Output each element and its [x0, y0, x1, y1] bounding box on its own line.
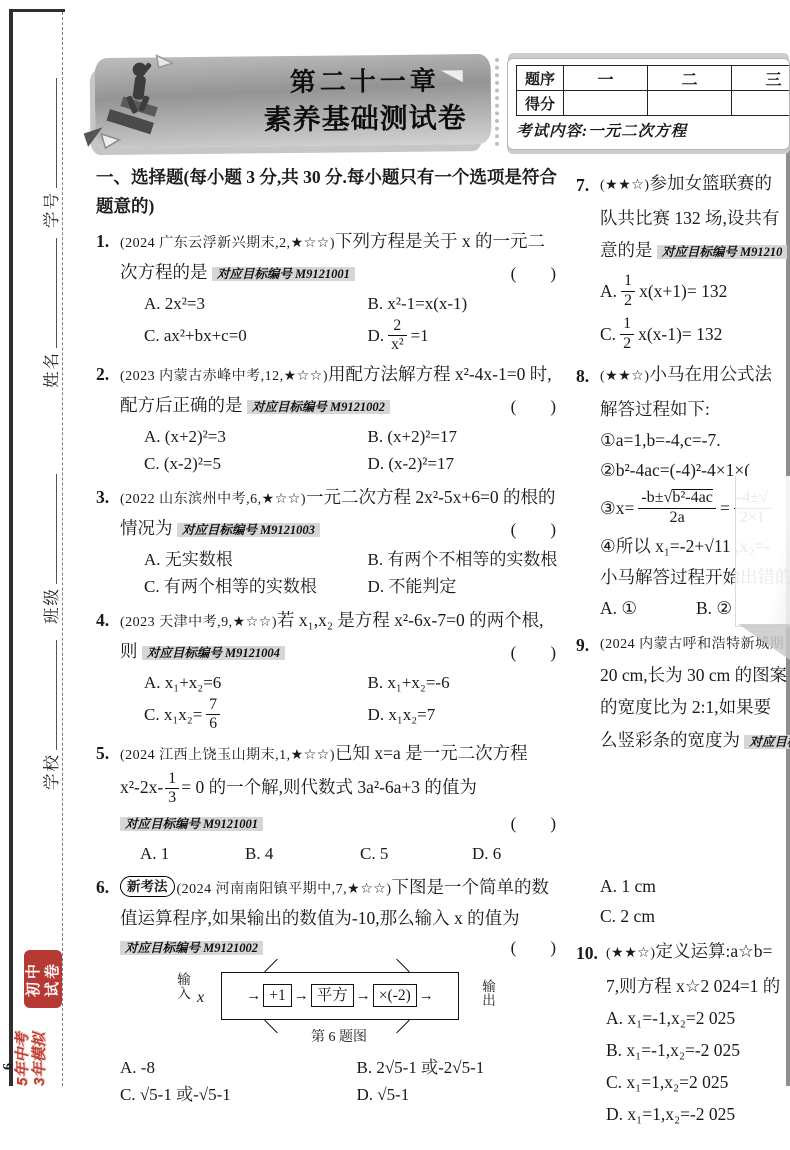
- runner-on-stairs-icon: [98, 53, 185, 155]
- blank-line: [43, 238, 57, 348]
- question-2-options: A. (x+2)²=3 B. (x+2)²=17 C. (x-2)²=5 D. …: [120, 423, 558, 477]
- question-7-option-c: C. 12 x(x-1)= 132: [600, 314, 790, 354]
- page-top-edge: [9, 9, 65, 12]
- option-b: B. 4: [245, 840, 360, 867]
- question-2-source: (2023 内蒙古赤峰中考,12,★☆☆): [120, 369, 328, 384]
- question-2-stem: (2023 内蒙古赤峰中考,12,★☆☆)用配方法解方程 x²-4x-1=0 时…: [120, 360, 558, 421]
- page-left-edge: [9, 9, 13, 1086]
- question-3-source: (2022 山东滨州中考,6,★☆☆): [120, 492, 306, 507]
- question-5-options: A. 1 B. 4 C. 5 D. 6: [120, 840, 558, 867]
- question-9: 9. (2024 内蒙古呼和浩特新城期 20 cm,长为 30 cm 的图案 的…: [576, 627, 790, 931]
- score-col-3: 三: [732, 66, 790, 91]
- option-b: B. x₁=-1,x₂=-2 025: [606, 1034, 790, 1066]
- question-7-line3: 意的是 对应目标编号 M91210: [600, 234, 790, 268]
- flow-box-plus1: +1: [263, 984, 292, 1007]
- target-code-tag: 对应目标编号 M91210: [657, 245, 788, 259]
- option-c-label: C. x₁x₂=: [144, 701, 202, 728]
- question-5-number: 5.: [96, 739, 109, 767]
- option-a-rest: x(x+1)= 132: [639, 271, 727, 311]
- q7-l1: 参加女篮联赛的: [649, 173, 772, 193]
- option-c-label: C.: [600, 314, 616, 354]
- answer-blank: ( ): [511, 810, 556, 838]
- question-8-source: (★★☆): [600, 369, 649, 384]
- score-table: 题序 一 二 三 得分: [516, 65, 790, 116]
- option-d-label: D.: [368, 322, 385, 349]
- question-5-text2: = 0 的一个解,则代数式 3a²-6a+3 的值为: [181, 777, 477, 797]
- question-2-number: 2.: [96, 360, 109, 388]
- section-header: 一、选择题(每小题 3 分,共 30 分.每小题只有一个选项是符合题意的): [96, 163, 558, 221]
- question-10-source: (★★☆): [606, 946, 655, 961]
- flow-x-variable: x: [197, 984, 204, 1012]
- field-school: 学校: [38, 622, 60, 790]
- arrow-icon: →: [294, 982, 309, 1010]
- flow-output-label: 输出: [475, 980, 503, 1008]
- blank-line: [43, 78, 57, 188]
- blank-line: [43, 640, 57, 750]
- paper-plane-icon: [441, 70, 463, 82]
- q8-step3-prefix: ③x=: [600, 488, 634, 528]
- flow-box-square: 平方: [311, 984, 354, 1007]
- option-d: D. √5-1: [357, 1081, 558, 1086]
- blank-line: [43, 474, 57, 584]
- q10-l1: 定义运算:a☆b=: [655, 941, 772, 961]
- question-6-number: 6.: [96, 873, 109, 901]
- option-b: B. 有两个不相等的实数根: [368, 546, 558, 573]
- question-4-number: 4.: [96, 606, 109, 634]
- score-cell-1: [564, 91, 648, 116]
- question-4-options: A. x₁+x₂=6 B. x₁+x₂=-6 C. x₁x₂= 76 D. x₁…: [120, 669, 558, 733]
- question-7-number: 7.: [576, 169, 589, 201]
- ticket-perforation: [495, 58, 499, 146]
- flow-input-text: 输入: [177, 973, 192, 1001]
- target-code-tag: 对应目标编号 M9121002: [247, 400, 390, 414]
- arrow-icon: →: [419, 982, 434, 1010]
- flow-diagram: → +1 → 平方 → ×(-2) → 输入 x 输出: [169, 972, 509, 1020]
- question-9-figure-area: [600, 759, 790, 871]
- option-d: D. x₁x₂=7: [368, 696, 558, 733]
- question-4-stem: (2023 天津中考,9,★☆☆)若 x₁,x₂ 是方程 x²-6x-7=0 的…: [120, 606, 558, 667]
- question-7-line1: (★★☆)参加女篮联赛的: [600, 167, 790, 202]
- question-8-line1: (★★☆)小马在用公式法: [600, 358, 790, 393]
- option-b: B. (x+2)²=17: [368, 423, 558, 450]
- field-class-label: 班级: [42, 587, 61, 624]
- option-c-rest: x(x-1)= 132: [638, 314, 722, 354]
- option-a: A. 1: [140, 840, 245, 867]
- answer-blank: ( ): [511, 260, 556, 288]
- option-c: C. 5: [360, 840, 472, 867]
- question-3: 3. (2022 山东滨州中考,6,★☆☆)一元二次方程 2x²-5x+6=0 …: [96, 483, 558, 600]
- page-number: 6: [1, 1056, 17, 1070]
- flow-box-times-neg2: ×(-2): [373, 984, 417, 1007]
- option-a: A. -8: [120, 1054, 357, 1081]
- field-name: 姓名: [38, 220, 60, 388]
- score-col-2: 二: [648, 66, 732, 91]
- answer-blank: ( ): [511, 393, 556, 421]
- equals-sign: =: [720, 488, 730, 528]
- question-3-stem: (2022 山东滨州中考,6,★☆☆)一元二次方程 2x²-5x+6=0 的根的…: [120, 483, 558, 544]
- question-6-options: A. -8 B. 2√5-1 或-2√5-1 C. √5-1 或-√5-1 D.…: [120, 1054, 558, 1086]
- question-10-line1: (★★☆)定义运算:a☆b=: [606, 935, 790, 970]
- target-code-tag: 对应目标编号 M9121001: [212, 267, 355, 281]
- new-method-pill: 新考法: [120, 876, 175, 897]
- question-7: 7. (★★☆)参加女篮联赛的 队共比赛 132 场,设共有 意的是 对应目标编…: [576, 167, 790, 354]
- question-8-step1: ①a=1,b=-4,c=-7.: [600, 425, 790, 455]
- option-c: C. x₁=1,x₂=2 025: [606, 1066, 790, 1086]
- field-student-id: 学号: [38, 60, 60, 228]
- fraction: 13: [165, 770, 179, 808]
- arrow-icon: →: [356, 982, 371, 1010]
- option-c: C. x₁x₂= 76: [144, 696, 368, 733]
- question-3-number: 3.: [96, 483, 109, 511]
- question-1-number: 1.: [96, 227, 109, 255]
- answer-blank: ( ): [511, 639, 556, 667]
- q7-l3: 意的是: [600, 240, 653, 260]
- score-table-row2-label: 得分: [517, 91, 564, 116]
- option-d: D. 不能判定: [368, 573, 558, 600]
- title-ribbon: 第二十一章 素养基础测试卷: [95, 54, 492, 148]
- question-5-stem: (2024 江西上饶玉山期末,1,★☆☆)已知 x=a 是一元二次方程 x²-2…: [120, 739, 558, 838]
- question-10-line2: 7,则方程 x☆2 024=1 的: [606, 970, 790, 1002]
- score-stub: 题序 一 二 三 得分 考试内容:一元二次方程: [507, 58, 790, 150]
- question-9-line4: 么竖彩条的宽度为 对应目标编: [600, 724, 790, 759]
- logo-line2: 3年模拟: [31, 976, 48, 1086]
- question-6-source: (2024 河南南阳镇平期中,7,★☆☆): [177, 882, 392, 897]
- score-cell-2: [648, 91, 732, 116]
- question-6: 6. 新考法(2024 河南南阳镇平期中,7,★☆☆)下图是一个简单的数值运算程…: [96, 873, 558, 1086]
- left-column: 一、选择题(每小题 3 分,共 30 分.每小题只有一个选项是符合题意的) 1.…: [96, 163, 558, 1086]
- target-code-tag: 对应目标编号 M9121003: [177, 523, 320, 537]
- flow-output-text: 输出: [482, 980, 497, 1008]
- option-a: A. 1 cm: [600, 871, 790, 901]
- answer-blank: ( ): [511, 516, 556, 544]
- q8-l1: 小马在用公式法: [649, 364, 772, 384]
- fraction: 12: [621, 272, 635, 310]
- score-cell-3: [732, 91, 790, 116]
- option-a: A. (x+2)²=3: [144, 423, 368, 450]
- answer-blank: ( ): [511, 934, 556, 962]
- flow-rect: → +1 → 平方 → ×(-2) →: [221, 972, 459, 1020]
- flow-input-label: 输入: [169, 973, 199, 1001]
- option-d: D. 6: [472, 840, 558, 867]
- margin-dashed-line: [62, 12, 63, 1086]
- q8-num1-pre: -b±√: [641, 489, 672, 506]
- option-b: B. x₁+x₂=-6: [368, 669, 558, 696]
- option-a: A. 无实数根: [144, 546, 368, 573]
- option-c: C. √5-1 或-√5-1: [120, 1081, 357, 1086]
- page-fold-curl: [738, 624, 790, 660]
- question-8-line2: 解答过程如下:: [600, 393, 790, 425]
- option-a: A. x₁+x₂=6: [144, 669, 368, 696]
- field-class: 班级: [38, 456, 60, 624]
- question-2: 2. (2023 内蒙古赤峰中考,12,★☆☆)用配方法解方程 x²-4x-1=…: [96, 360, 558, 477]
- fraction: -b±√b²-4ac2a: [638, 489, 716, 527]
- option-c: C. (x-2)²=5: [144, 450, 368, 477]
- option-a: A. x₁=-1,x₂=2 025: [606, 1002, 790, 1034]
- question-6-stem: 新考法(2024 河南南阳镇平期中,7,★☆☆)下图是一个简单的数值运算程序,如…: [120, 873, 558, 962]
- option-d: D. (x-2)²=17: [368, 450, 558, 477]
- question-7-line2: 队共比赛 132 场,设共有: [600, 202, 790, 234]
- option-c: C. 2 cm: [600, 901, 790, 931]
- section-title: 一、选择题: [96, 167, 184, 187]
- fraction: 76: [206, 696, 220, 733]
- question-1-source: (2024 广东云浮新兴期末,2,★☆☆): [120, 236, 335, 251]
- q9-l4: 么竖彩条的宽度为: [600, 730, 740, 750]
- option-d-rest: =1: [411, 322, 429, 349]
- question-3-options: A. 无实数根 B. 有两个不相等的实数根 C. 有两个相等的实数根 D. 不能…: [120, 546, 558, 600]
- header-banner: 第二十一章 素养基础测试卷 题序 一 二 三 得分 考试内容:一元二次方程: [95, 50, 790, 154]
- chapter-title-line2: 素养基础测试卷: [245, 98, 485, 141]
- question-1: 1. (2024 广东云浮新兴期末,2,★☆☆)下列方程是关于 x 的一元二次方…: [96, 227, 558, 354]
- q8-num1-radicand: b²-4ac: [672, 489, 713, 507]
- option-d: D. 2x² =1: [368, 317, 558, 354]
- score-col-1: 一: [564, 66, 648, 91]
- question-1-stem: (2024 广东云浮新兴期末,2,★☆☆)下列方程是关于 x 的一元二次方程的是…: [120, 227, 558, 288]
- question-9-number: 9.: [576, 629, 589, 661]
- target-code-tag: 对应目标编: [744, 735, 790, 749]
- question-10-number: 10.: [576, 937, 598, 969]
- page-fold-overlay: [735, 476, 790, 627]
- field-school-label: 学校: [42, 753, 61, 790]
- exam-scope: 考试内容:一元二次方程: [516, 119, 789, 141]
- option-a: A. ①: [600, 593, 696, 623]
- question-5-source: (2024 江西上饶玉山期末,1,★☆☆): [120, 748, 335, 763]
- target-code-tag: 对应目标编号 M9121002: [120, 941, 263, 955]
- target-code-tag: 对应目标编号 M9121004: [142, 646, 285, 660]
- question-5: 5. (2024 江西上饶玉山期末,1,★☆☆)已知 x=a 是一元二次方程 x…: [96, 739, 558, 867]
- option-a: A. 2x²=3: [144, 290, 368, 317]
- figure-caption: 第 6 题图: [120, 1024, 558, 1052]
- question-1-options: A. 2x²=3 B. x²-1=x(x-1) C. ax²+bx+c=0 D.…: [120, 290, 558, 354]
- fraction: 2x²: [388, 317, 407, 354]
- question-9-line2: 20 cm,长为 30 cm 的图案: [600, 660, 790, 691]
- option-b: B. x²-1=x(x-1): [368, 290, 558, 317]
- option-a-label: A.: [600, 271, 617, 311]
- question-7-source: (★★☆): [600, 178, 649, 193]
- target-code-tag: 对应目标编号 M9121001: [120, 817, 263, 831]
- question-4-source: (2023 天津中考,9,★☆☆): [120, 615, 277, 630]
- question-7-option-a: A. 12 x(x+1)= 132: [600, 271, 790, 311]
- question-4: 4. (2023 天津中考,9,★☆☆)若 x₁,x₂ 是方程 x²-6x-7=…: [96, 606, 558, 733]
- fraction: 12: [620, 315, 634, 353]
- option-c: C. 有两个相等的实数根: [144, 573, 368, 600]
- question-9-line3: 的宽度比为 2:1,如果要: [600, 691, 790, 724]
- question-8-number: 8.: [576, 360, 589, 392]
- arrow-icon: →: [246, 982, 261, 1010]
- field-name-label: 姓名: [42, 351, 61, 388]
- question-10: 10. (★★☆)定义运算:a☆b= 7,则方程 x☆2 024=1 的 A. …: [576, 935, 790, 1086]
- score-table-row1-label: 题序: [517, 66, 564, 91]
- option-b: B. 2√5-1 或-2√5-1: [357, 1054, 558, 1081]
- option-c: C. ax²+bx+c=0: [144, 317, 368, 354]
